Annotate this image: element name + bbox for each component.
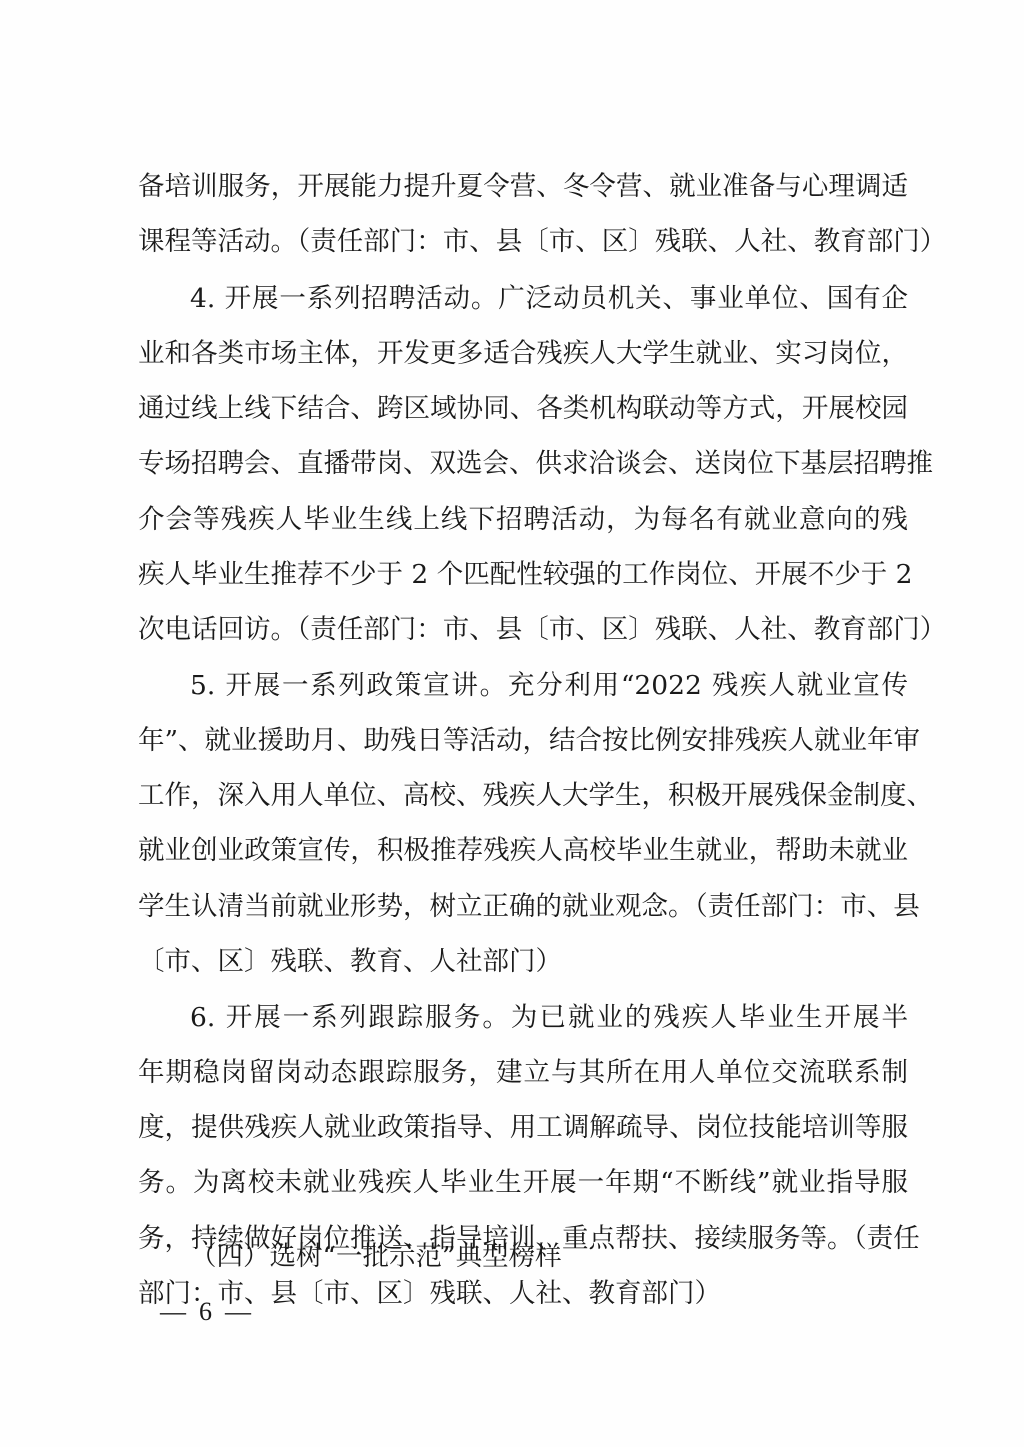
text-line: 工作，深入用人单位、高校、残疾人大学生，积极开展残保金制度、 <box>138 779 908 813</box>
text-line: 〔市、区〕残联、教育、人社部门） <box>138 945 908 979</box>
page-number: — 6 — <box>160 1295 251 1329</box>
text-line: 学生认清当前就业形势，树立正确的就业观念。（责任部门：市、县 <box>138 890 908 924</box>
text-line: 课程等活动。（责任部门：市、县〔市、区〕残联、人社、教育部门） <box>138 225 908 259</box>
text-line: 次电话回访。（责任部门：市、县〔市、区〕残联、人社、教育部门） <box>138 613 908 647</box>
section-heading: （四）选树“一批示范”典型榜样 <box>190 1240 562 1274</box>
text-line: 4. 开展一系列招聘活动。广泛动员机关、事业单位、国有企 <box>190 282 908 316</box>
text-line: 就业创业政策宣传，积极推荐残疾人高校毕业生就业，帮助未就业 <box>138 834 908 868</box>
text-line: 年期稳岗留岗动态跟踪服务，建立与其所在用人单位交流联系制 <box>138 1056 908 1090</box>
text-line: 专场招聘会、直播带岗、双选会、供求洽谈会、送岗位下基层招聘推 <box>138 447 908 481</box>
text-line: 6. 开展一系列跟踪服务。为已就业的残疾人毕业生开展半 <box>190 1001 908 1035</box>
text-line: 部门：市、县〔市、区〕残联、人社、教育部门） <box>138 1277 908 1311</box>
text-line: 务。为离校未就业残疾人毕业生开展一年期“不断线”就业指导服 <box>138 1166 908 1200</box>
text-line: 业和各类市场主体，开发更多适合残疾人大学生就业、实习岗位， <box>138 337 908 371</box>
text-line: 5. 开展一系列政策宣讲。充分利用“2022 残疾人就业宣传 <box>190 669 908 703</box>
text-line: 备培训服务，开展能力提升夏令营、冬令营、就业准备与心理调适 <box>138 170 908 204</box>
text-line: 度，提供残疾人就业政策指导、用工调解疏导、岗位技能培训等服 <box>138 1111 908 1145</box>
document-page: 备培训服务，开展能力提升夏令营、冬令营、就业准备与心理调适课程等活动。（责任部门… <box>0 0 1024 1447</box>
text-line: 介会等残疾人毕业生线上线下招聘活动，为每名有就业意向的残 <box>138 503 908 537</box>
text-line: 通过线上线下结合、跨区域协同、各类机构联动等方式，开展校园 <box>138 392 908 426</box>
text-line: 疾人毕业生推荐不少于 2 个匹配性较强的工作岗位、开展不少于 2 <box>138 558 908 592</box>
text-line: 年”、就业援助月、助残日等活动，结合按比例安排残疾人就业年审 <box>138 724 908 758</box>
